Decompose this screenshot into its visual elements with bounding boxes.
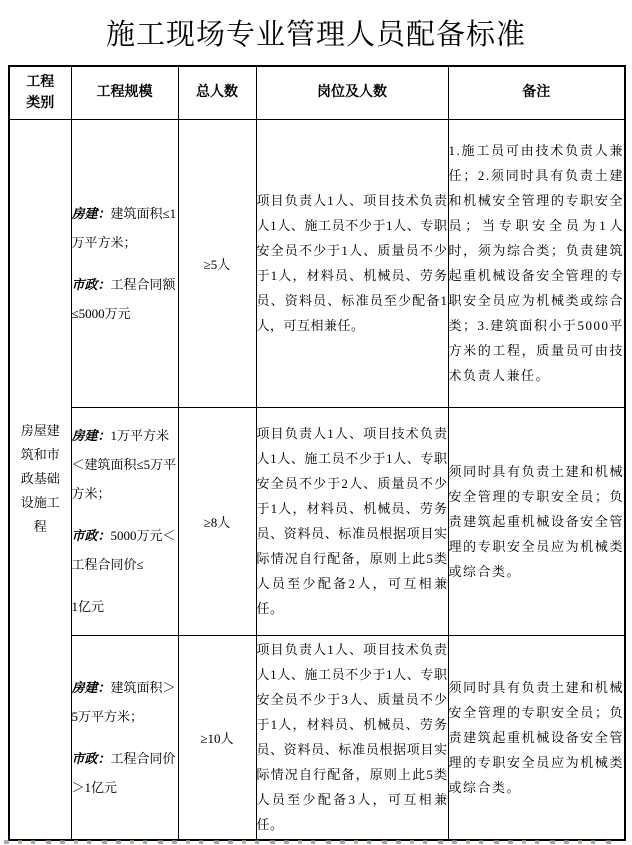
total-cell-row1: ≥5人 [178,119,256,407]
scale-label: 市政： [72,277,111,292]
page-title: 施工现场专业管理人员配备标准 [0,0,632,53]
total-cell-row3: ≥10人 [178,635,256,840]
table-row: 房屋建筑和市政基础设施工程 房建：建筑面积≤1万平方米； 市政：工程合同额≤50… [9,119,625,407]
positions-cell-row2: 项目负责人1人、项目技术负责人1人、施工员不少于1人、专职安全员不少于2人、质量… [256,407,448,635]
header-total: 总人数 [178,66,256,119]
positions-cell-row3: 项目负责人1人、项目技术负责人1人、施工员不少于1人、专职安全员不少于3人、质量… [256,635,448,840]
scale-cell-row2: 房建：1万平方米＜建筑面积≤5万平方米； 市政：5000万元＜工程合同价≤ 1亿… [71,407,178,635]
total-cell-row2: ≥8人 [178,407,256,635]
table-header-row: 工程类别 工程规模 总人数 岗位及人数 备注 [9,66,625,119]
scale-text: 1亿元 [72,599,105,614]
remarks-cell-row1: 1.施工员可由技术负责人兼任；2.须同时具有负责土建和机械安全管理的专职安全员；… [448,119,625,407]
table-row: 房建：1万平方米＜建筑面积≤5万平方米； 市政：5000万元＜工程合同价≤ 1亿… [9,407,625,635]
scale-paragraph: 房建：建筑面积＞5万平方米； [72,673,178,731]
scale-label: 房建： [72,428,111,443]
remarks-cell-row3: 须同时具有负责土建和机械安全管理的专职安全员；负责建筑起重机械设备安全管理的专职… [448,635,625,840]
positions-cell-row1: 项目负责人1人、项目技术负责人1人、施工员不少于1人、专职安全员不少于1人、质量… [256,119,448,407]
scale-cell-row1: 房建：建筑面积≤1万平方米； 市政：工程合同额≤5000万元 [71,119,178,407]
scale-paragraph: 市政：5000万元＜工程合同价≤ [72,521,178,579]
clipped-bottom-text-line [4,840,618,844]
header-category: 工程类别 [9,66,71,119]
scale-label: 市政： [72,528,111,543]
scale-label: 房建： [72,680,111,695]
staffing-standard-table: 工程类别 工程规模 总人数 岗位及人数 备注 房屋建筑和市政基础设施工程 房建：… [8,65,626,841]
header-scale: 工程规模 [71,66,178,119]
header-positions: 岗位及人数 [256,66,448,119]
scale-paragraph: 房建：1万平方米＜建筑面积≤5万平方米； [72,421,178,508]
scale-label: 房建： [72,206,111,221]
scale-paragraph: 房建：建筑面积≤1万平方米； [72,199,178,257]
document-page: 施工现场专业管理人员配备标准 工程类别 工程规模 总人数 岗位及人数 备注 房屋… [0,0,632,845]
category-cell: 房屋建筑和市政基础设施工程 [9,119,71,840]
remarks-cell-row2: 须同时具有负责土建和机械安全管理的专职安全员；负责建筑起重机械设备安全管理的专职… [448,407,625,635]
scale-label: 市政： [72,751,111,766]
header-remarks: 备注 [448,66,625,119]
header-category-label: 工程类别 [23,72,57,114]
table-row: 房建：建筑面积＞5万平方米； 市政：工程合同价＞1亿元 ≥10人 项目负责人1人… [9,635,625,840]
scale-paragraph: 市政：工程合同额≤5000万元 [72,270,178,328]
scale-cell-row3: 房建：建筑面积＞5万平方米； 市政：工程合同价＞1亿元 [71,635,178,840]
scale-paragraph: 市政：工程合同价＞1亿元 [72,744,178,802]
category-text: 房屋建筑和市政基础设施工程 [19,419,61,539]
scale-paragraph: 1亿元 [72,592,178,621]
